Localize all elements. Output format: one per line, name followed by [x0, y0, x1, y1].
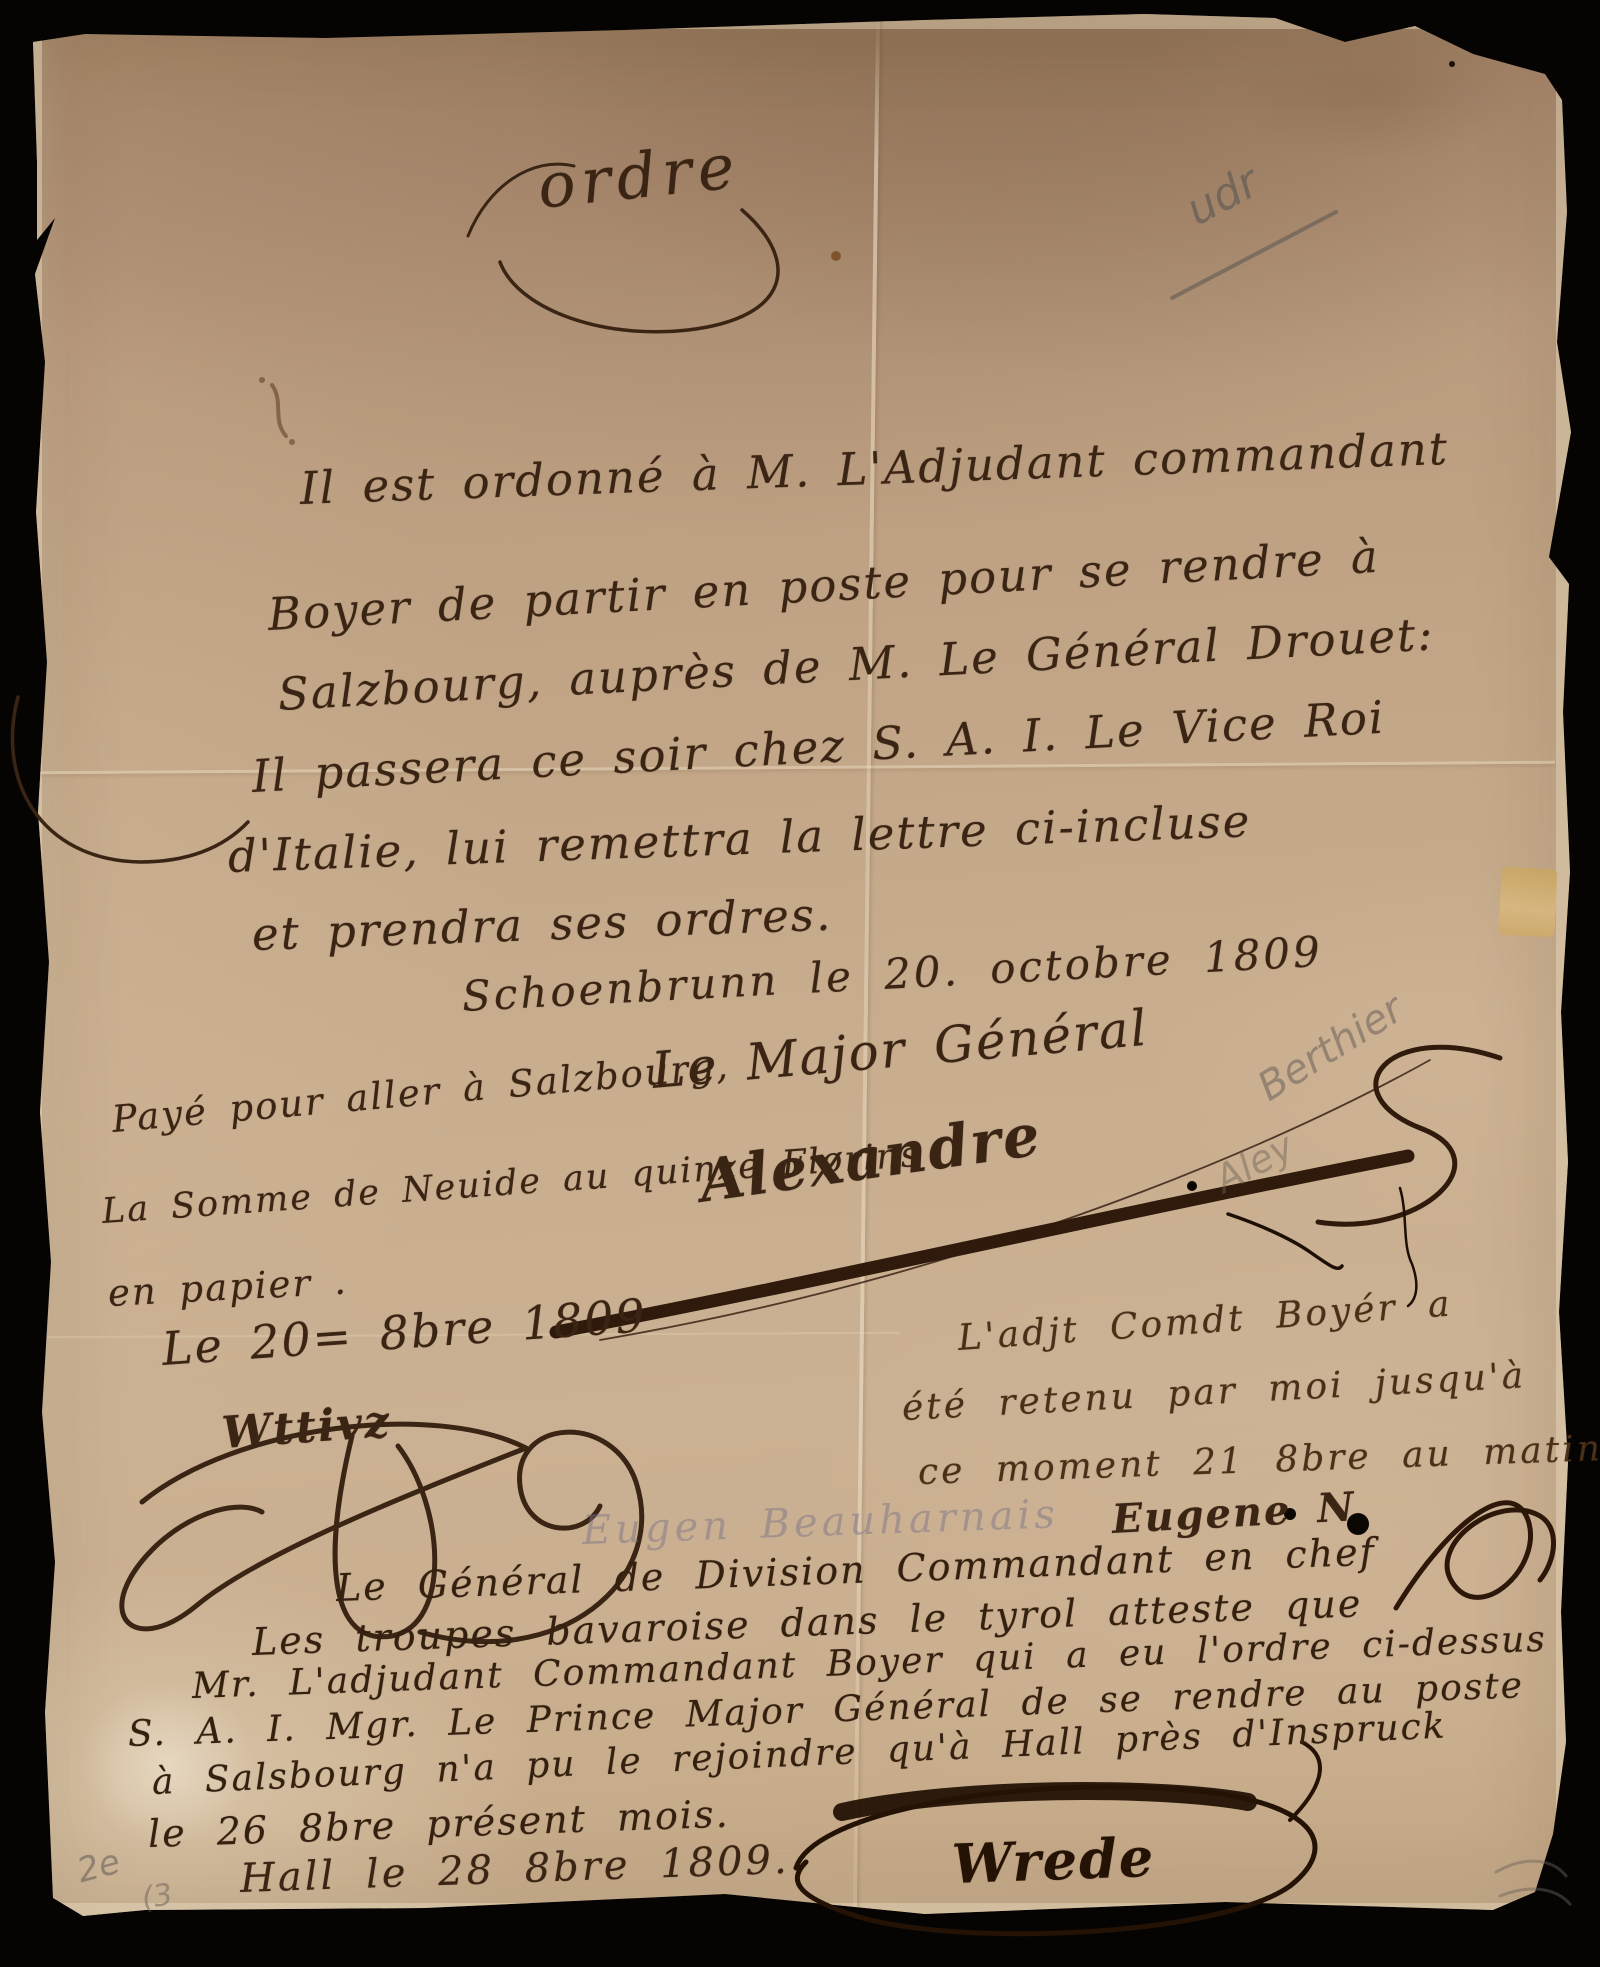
- age-stain-top-right: [1225, 22, 1525, 162]
- pencil-mark-bottom-left-b: (3: [139, 1877, 175, 1917]
- photo-black-backdrop: ordre udr Il est ordonné à M. L'Adjudant…: [0, 0, 1600, 1967]
- wrede-signature: Wrede: [951, 1825, 1156, 1896]
- tape-repair-patch: [1498, 867, 1557, 938]
